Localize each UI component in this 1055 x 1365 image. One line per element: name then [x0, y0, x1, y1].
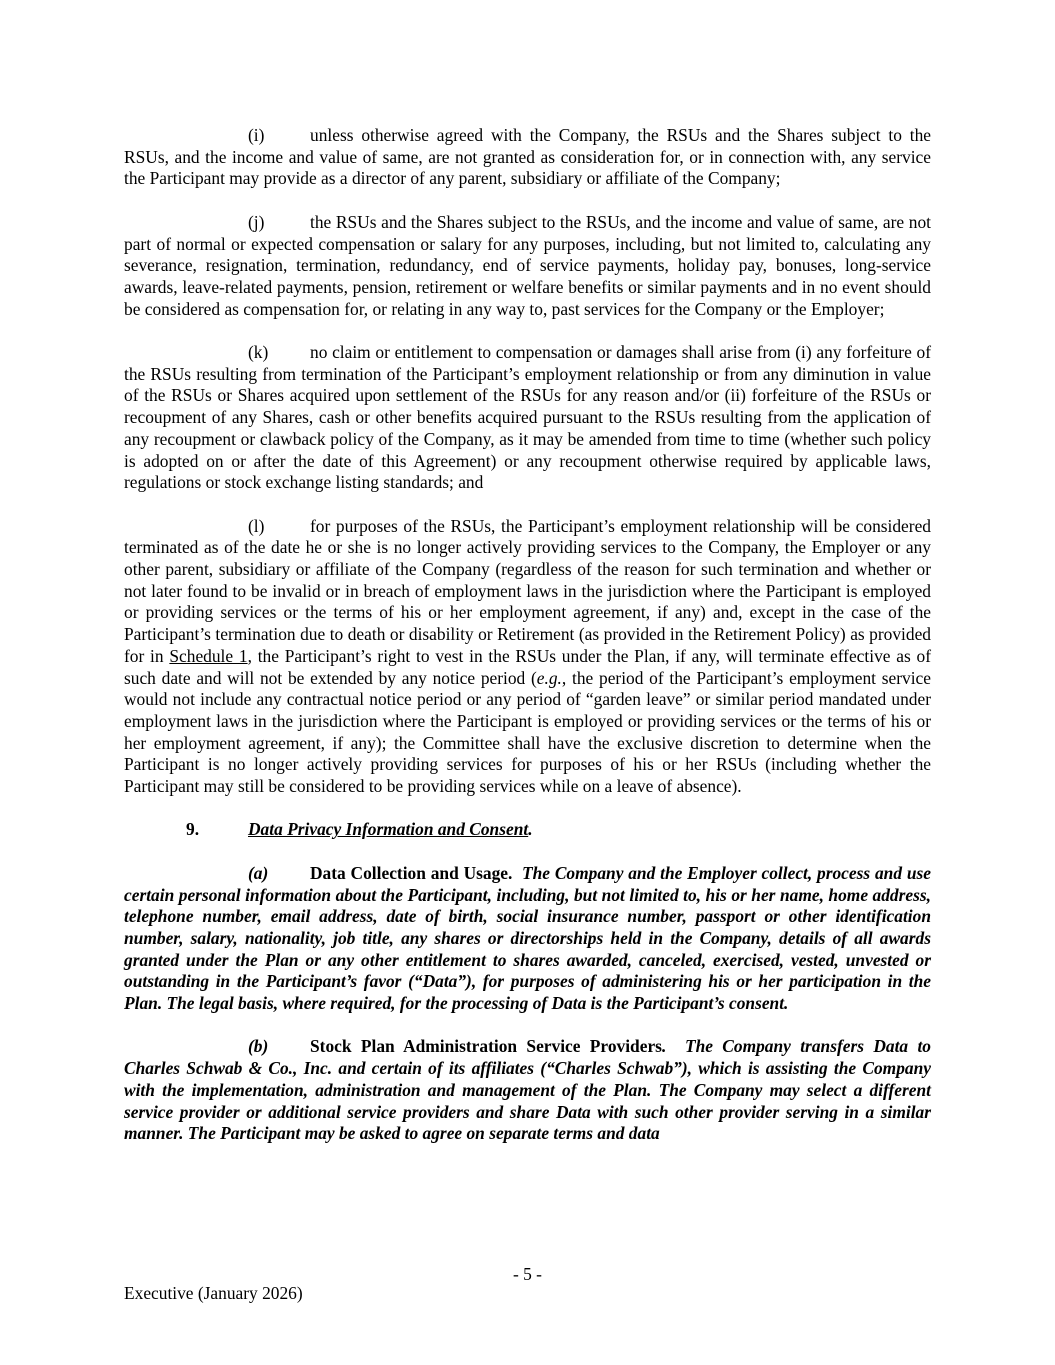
paragraph-l: (l)for purposes of the RSUs, the Partici… — [124, 516, 931, 798]
footer-label: Executive (January 2026) — [124, 1283, 303, 1304]
paragraph-k: (k)no claim or entitlement to compensati… — [124, 342, 931, 494]
section-title-period: . — [528, 819, 532, 839]
paragraph-text: for purposes of the RSUs, the Participan… — [124, 516, 931, 666]
paragraph-9a: (a)Data Collection and Usage. The Compan… — [124, 863, 931, 1015]
paragraph-marker: (a) — [248, 863, 310, 885]
paragraph-text: the RSUs and the Shares subject to the R… — [124, 212, 931, 319]
paragraph-i: (i)unless otherwise agreed with the Comp… — [124, 125, 931, 190]
schedule-1-reference: Schedule 1 — [169, 646, 247, 666]
page-number: - 5 - — [0, 1264, 1055, 1285]
section-number: 9. — [124, 819, 248, 841]
section-title: Data Privacy Information and Consent — [248, 819, 528, 839]
section-9-heading: 9.Data Privacy Information and Consent. — [124, 819, 931, 841]
paragraph-text: The Company and the Employer collect, pr… — [124, 863, 931, 1013]
subsection-heading: Data Collection and Usage. — [310, 863, 512, 883]
paragraph-marker: (b) — [248, 1036, 310, 1058]
paragraph-text: no claim or entitlement to compensation … — [124, 342, 931, 492]
paragraph-j: (j)the RSUs and the Shares subject to th… — [124, 212, 931, 321]
paragraph-marker: (j) — [248, 212, 310, 234]
paragraph-marker: (k) — [248, 342, 310, 364]
subsection-heading-period: . — [662, 1036, 666, 1056]
paragraph-text: unless otherwise agreed with the Company… — [124, 125, 931, 188]
paragraph-marker: (i) — [248, 125, 310, 147]
paragraph-marker: (l) — [248, 516, 310, 538]
eg-abbreviation: e.g. — [537, 668, 562, 688]
document-page: (i)unless otherwise agreed with the Comp… — [124, 125, 931, 1167]
paragraph-9b: (b)Stock Plan Administration Service Pro… — [124, 1036, 931, 1145]
subsection-heading: Stock Plan Administration Service Provid… — [310, 1036, 662, 1056]
